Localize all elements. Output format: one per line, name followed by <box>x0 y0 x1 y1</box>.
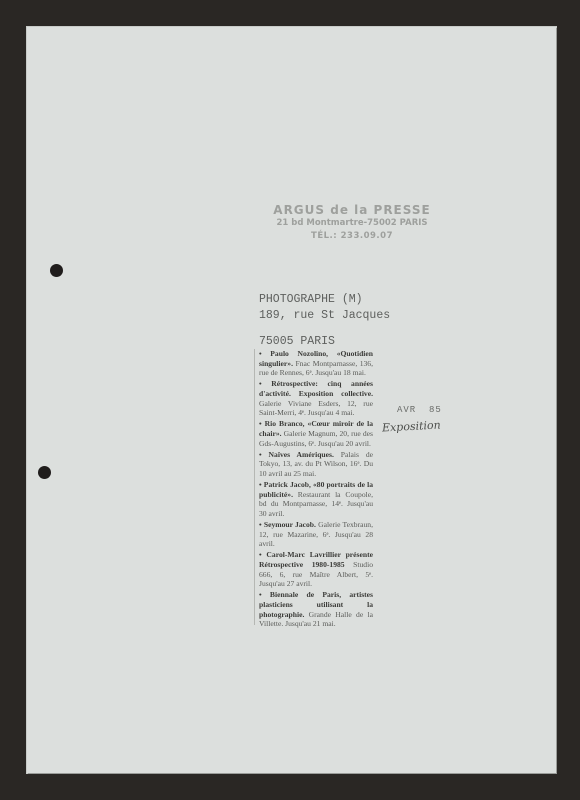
listing-title: • Rétrospective: cinq années d'activité.… <box>259 379 373 398</box>
listing-details: Galerie Viviane Esders, 12, rue Saint-Me… <box>259 399 373 418</box>
punch-hole-top <box>50 264 63 277</box>
listing-entry: • Patrick Jacob, «80 portraits de la pub… <box>259 480 373 518</box>
listing-entry: • Naïves Amériques. Palais de Tokyo, 13,… <box>259 450 373 479</box>
listing-title: • Seymour Jacob. <box>259 520 316 529</box>
listing-entry: • Carol-Marc Lavrillier présente Rétrosp… <box>259 550 373 588</box>
press-agency-stamp: ARGUS de la PRESSE 21 bd Montmartre-7500… <box>252 203 452 242</box>
listing-entry: • Biennale de Paris, artistes plasticien… <box>259 590 373 628</box>
stamp-address: 21 bd Montmartre-75002 PARIS <box>252 217 452 230</box>
listing-entry: • Seymour Jacob. Galerie Texbraun, 12, r… <box>259 520 373 549</box>
stamp-agency-name: ARGUS de la PRESSE <box>252 203 452 217</box>
address-line-1: PHOTOGRAPHE (M) <box>259 293 363 306</box>
listing-entry: • Rétrospective: cinq années d'activité.… <box>259 379 373 417</box>
listing-entry: • Paulo Nozolino, «Quotidien singulier».… <box>259 349 373 378</box>
newspaper-clipping: • Paulo Nozolino, «Quotidien singulier».… <box>254 349 373 625</box>
address-city: 75005 PARIS <box>259 334 390 350</box>
recipient-address: PHOTOGRAPHE (M) 189, rue St Jacques75005… <box>259 292 390 350</box>
punch-hole-bottom <box>38 466 51 479</box>
listing-entry: • Rio Branco, «Cœur miroir de la chair».… <box>259 419 373 448</box>
date-annotation: AVR 85 <box>397 405 442 415</box>
stamp-phone: TÉL.: 233.09.07 <box>252 230 452 242</box>
listing-title: • Naïves Amériques. <box>259 450 334 459</box>
address-line-2: 189, rue St Jacques <box>259 309 390 322</box>
